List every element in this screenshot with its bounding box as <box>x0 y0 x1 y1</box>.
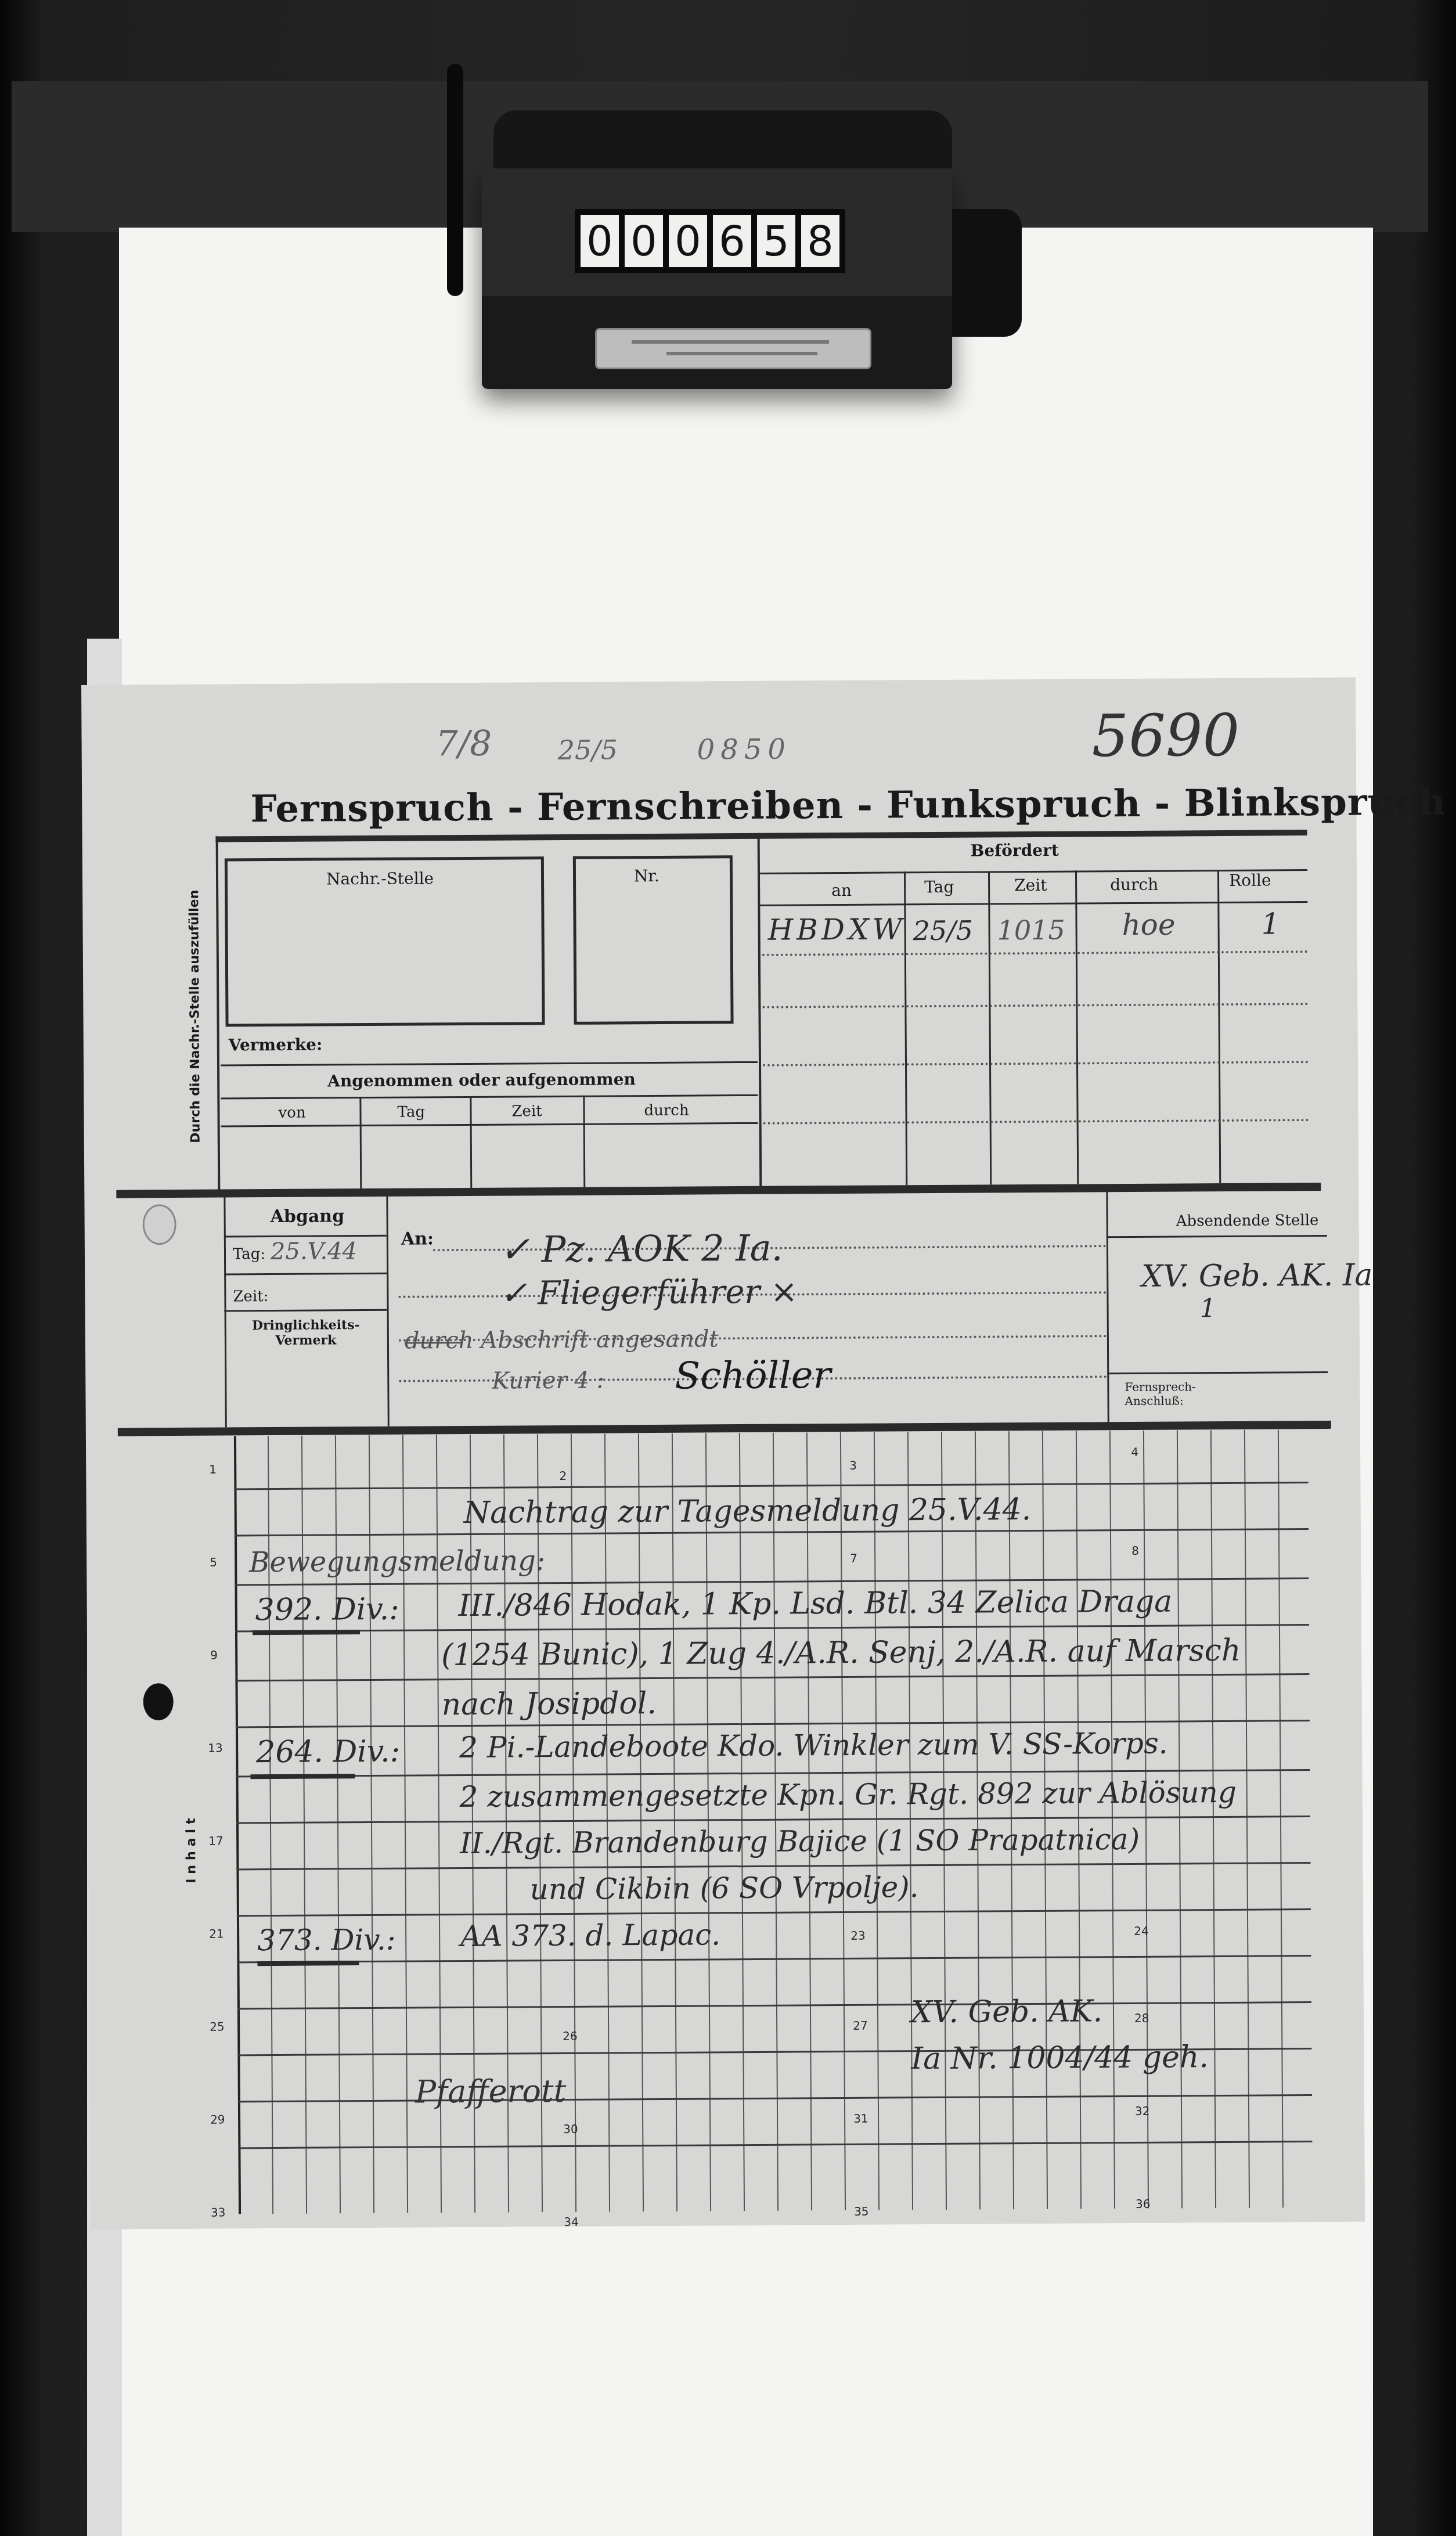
nameplate-engraving <box>666 352 817 355</box>
grid-row-line <box>236 1815 1310 1824</box>
message-prefix: 392. Div.: <box>255 1592 399 1628</box>
grid-column-line <box>571 1434 576 2212</box>
line-number: 1 <box>209 1462 217 1476</box>
column-number: 4 <box>1131 1445 1138 1459</box>
grid-column-line <box>840 1432 846 2210</box>
message-line: nach Josipdol. <box>442 1686 657 1722</box>
inhalt-signature: Pfafferott <box>415 2073 567 2110</box>
message-line: (1254 Bunic), 1 Zug 4./A.R. Senj, 2./A.R… <box>441 1633 1241 1673</box>
angenommen-col-durch: durch <box>644 1102 689 1119</box>
befoerdert-zeit-value: 1015 <box>997 914 1065 946</box>
grid-column-line <box>1008 1431 1014 2209</box>
frame-counter-device: 0 0 0 6 5 8 <box>459 64 987 389</box>
grid-row-line <box>234 1482 1308 1490</box>
absendende-left-border <box>1106 1190 1109 1422</box>
angenommen-divider <box>359 1097 362 1190</box>
grid-column-line <box>1278 1429 1284 2207</box>
form-left-border-top <box>216 837 221 1197</box>
side-note-vertical: Durch die Nachr.-Stelle auszufüllen <box>187 890 203 1143</box>
angenommen-top-rule <box>221 1061 758 1067</box>
befoerdert-col-zeit: Zeit <box>1014 876 1047 895</box>
counter-digit: 8 <box>801 215 839 267</box>
message-line: Bewegungsmeldung: <box>249 1544 545 1579</box>
angenommen-divider <box>470 1096 472 1189</box>
grid-row-line <box>238 2141 1312 2149</box>
grid-row-line <box>237 1908 1311 1917</box>
counter-nameplate <box>595 328 871 369</box>
befoerdert-an-value: HBDXW <box>767 912 906 946</box>
message-prefix: 373. Div.: <box>257 1923 396 1957</box>
nachr-stelle-label: Nachr.-Stelle <box>326 869 434 888</box>
an-label: An: <box>401 1229 434 1249</box>
grid-column-line <box>604 1434 610 2212</box>
line-number: 21 <box>209 1927 224 1941</box>
grid-row-line <box>236 1862 1310 1870</box>
grid-row-line <box>235 1528 1309 1536</box>
grid-row-line <box>237 2001 1311 2009</box>
befoerdert-heading-rule <box>759 869 1307 874</box>
counter-digit: 6 <box>713 215 751 267</box>
reference-line: Ia Nr. 1004/44 geh. <box>911 2040 1209 2076</box>
angenommen-col-zeit: Zeit <box>511 1103 542 1120</box>
abgang-tag-value: 25.V.44 <box>271 1238 357 1265</box>
counter-display: 0 0 0 6 5 8 <box>575 209 845 273</box>
inhalt-side-label: Inhalt <box>184 1813 199 1883</box>
befoerdert-heading: Befördert <box>971 841 1059 860</box>
column-number: 27 <box>853 2019 868 2033</box>
grid-column-line <box>1076 1431 1082 2209</box>
line-number: 29 <box>210 2113 225 2127</box>
column-number: 34 <box>564 2215 579 2229</box>
grid-row-line <box>238 2094 1312 2102</box>
line-number: 13 <box>208 1741 223 1755</box>
befoerdert-dotted-rule <box>763 1119 1309 1125</box>
befoerdert-divider <box>988 871 992 1184</box>
column-number: 31 <box>853 2112 868 2126</box>
counter-digit: 0 <box>625 215 663 267</box>
line-number: 33 <box>211 2206 226 2220</box>
message-line: und Cikbin (6 SO Vrpolje). <box>530 1870 919 1906</box>
prefix-underline <box>250 1774 355 1779</box>
angenommen-divider <box>583 1096 585 1188</box>
an-courier-note: Kurier 4 : <box>492 1367 604 1395</box>
column-number: 3 <box>849 1458 857 1472</box>
angenommen-col-von: von <box>278 1104 305 1122</box>
note-time: 0850 <box>697 733 791 766</box>
message-line: Nachtrag zur Tagesmeldung 25.V.44. <box>464 1492 1032 1530</box>
absendende-rule <box>1107 1235 1327 1238</box>
dringlichkeit-label: Dringlichkeits-Vermerk <box>233 1317 379 1349</box>
abgang-zeit-label: Zeit: <box>233 1288 268 1305</box>
an-signature: Schöller <box>675 1354 831 1398</box>
angenommen-row-rule <box>221 1122 758 1127</box>
grid-column-line <box>672 1433 677 2211</box>
befoerdert-divider <box>1217 870 1221 1183</box>
grid-row-line <box>237 1955 1311 1963</box>
form-title: Fernspruch - Fernschreiben - Funkspruch … <box>250 780 1446 831</box>
befoerdert-dotted-rule <box>762 1003 1308 1008</box>
counter-reset-knob <box>952 209 1022 337</box>
fernsprech-label: Fernsprech-Anschluß: <box>1125 1379 1212 1408</box>
an-recipient-1: ✓ Pz. AOK 2 Ia. <box>500 1227 783 1271</box>
message-line: 2 Pi.-Landeboote Kdo. Winkler zum V. SS-… <box>459 1727 1168 1764</box>
punch-hole-upper <box>142 1204 176 1245</box>
column-number: 26 <box>563 2029 578 2043</box>
grid-column-line <box>1244 1430 1250 2208</box>
section-separator <box>116 1183 1321 1198</box>
absendende-rule <box>1107 1371 1328 1374</box>
message-number: 5690 <box>1091 701 1239 770</box>
befoerdert-dotted-rule <box>763 1061 1309 1067</box>
grid-column-line <box>1109 1431 1115 2209</box>
befoerdert-rolle-value: 1 <box>1261 907 1280 941</box>
line-number: 9 <box>210 1648 218 1662</box>
nameplate-engraving <box>632 340 829 344</box>
column-number: 32 <box>1135 2104 1150 2118</box>
an-recipient-2: ✓ Fliegerführer × <box>500 1273 798 1312</box>
abgang-tag-label: Tag: <box>233 1245 265 1263</box>
befoerdert-tag-value: 25/5 <box>913 915 973 947</box>
angenommen-col-tag: Tag <box>397 1103 425 1121</box>
counter-digit: 5 <box>757 215 795 267</box>
grid-column-line <box>907 1432 913 2210</box>
message-line: III./846 Hodak, 1 Kp. Lsd. Btl. 34 Zelic… <box>459 1584 1173 1624</box>
note-fraction: 7/8 <box>435 723 492 765</box>
message-prefix: 264. Div.: <box>256 1734 400 1770</box>
befoerdert-col-rolle: Rolle <box>1229 870 1271 889</box>
message-form: 7/8 25/5 0850 5690 Fernspruch - Fernschr… <box>81 678 1365 2229</box>
message-line: 2 zusammengesetzte Kpn. Gr. Rgt. 892 zur… <box>460 1775 1237 1814</box>
title-rule <box>216 830 1307 842</box>
befoerdert-divider <box>1075 871 1079 1184</box>
befoerdert-col-an: an <box>831 881 852 900</box>
absendende-heading: Absendende Stelle <box>1176 1212 1319 1230</box>
counter-digit: 0 <box>669 215 707 267</box>
befoerdert-header-rule <box>759 901 1307 906</box>
nr-label: Nr. <box>634 866 659 885</box>
prefix-underline <box>253 1630 360 1635</box>
befoerdert-left-border <box>758 833 762 1187</box>
absendende-value-2: 1 <box>1199 1294 1216 1323</box>
grid-column-line <box>874 1432 880 2210</box>
grid-column-line <box>1177 1430 1183 2208</box>
an-forward-note: durch Abschrift angesandt <box>405 1325 719 1354</box>
grid-column-line <box>806 1432 812 2210</box>
column-number: 35 <box>854 2204 869 2218</box>
column-number: 23 <box>850 1929 866 1943</box>
column-number: 28 <box>1134 2011 1149 2025</box>
message-line: II./Rgt. Brandenburg Bajice (1 SO Prapat… <box>460 1822 1140 1860</box>
counter-cable <box>447 64 463 296</box>
note-date: 25/5 <box>558 734 618 766</box>
angenommen-heading: Angenommen oder aufgenommen <box>327 1069 636 1090</box>
message-line: AA 373. d. Lapac. <box>460 1918 720 1953</box>
grid-row-line <box>235 1673 1309 1681</box>
counter-digit: 0 <box>581 215 619 267</box>
absendende-value: XV. Geb. AK. Ia <box>1141 1258 1373 1294</box>
grid-column-line <box>638 1433 644 2211</box>
befoerdert-dotted-rule <box>762 950 1308 956</box>
grid-column-line <box>773 1433 779 2211</box>
befoerdert-col-durch: durch <box>1110 875 1158 895</box>
column-number: 30 <box>563 2122 578 2136</box>
befoerdert-durch-value: hoe <box>1122 907 1175 942</box>
abgang-rule <box>225 1309 387 1312</box>
grid-left-border <box>234 1436 241 2214</box>
abgang-rule <box>224 1273 387 1276</box>
line-number: 25 <box>210 2020 225 2034</box>
abgang-heading: Abgang <box>270 1206 344 1227</box>
grid-column-line <box>1143 1431 1149 2209</box>
punch-hole-lower <box>143 1683 174 1720</box>
angenommen-header-rule <box>221 1094 758 1100</box>
column-number: 24 <box>1134 1924 1149 1938</box>
strikethrough <box>405 1342 463 1344</box>
grid-column-line <box>975 1432 981 2210</box>
grid-column-line <box>1210 1430 1216 2208</box>
grid-column-line <box>1042 1431 1048 2209</box>
grid-column-line <box>705 1433 711 2211</box>
line-number: 5 <box>210 1555 217 1569</box>
column-number: 36 <box>1136 2197 1151 2211</box>
vermerke-label: Vermerke: <box>229 1035 323 1054</box>
line-number: 17 <box>208 1834 224 1848</box>
column-number: 2 <box>559 1469 567 1483</box>
column-number: 8 <box>1131 1544 1139 1558</box>
grid-column-line <box>941 1432 947 2210</box>
grid-column-line <box>739 1433 745 2211</box>
reference-line: XV. Geb. AK. <box>911 1994 1103 2030</box>
prefix-underline <box>257 1961 359 1966</box>
abgang-rule <box>224 1235 387 1238</box>
befoerdert-col-tag: Tag <box>924 877 954 896</box>
column-number: 7 <box>850 1551 857 1565</box>
